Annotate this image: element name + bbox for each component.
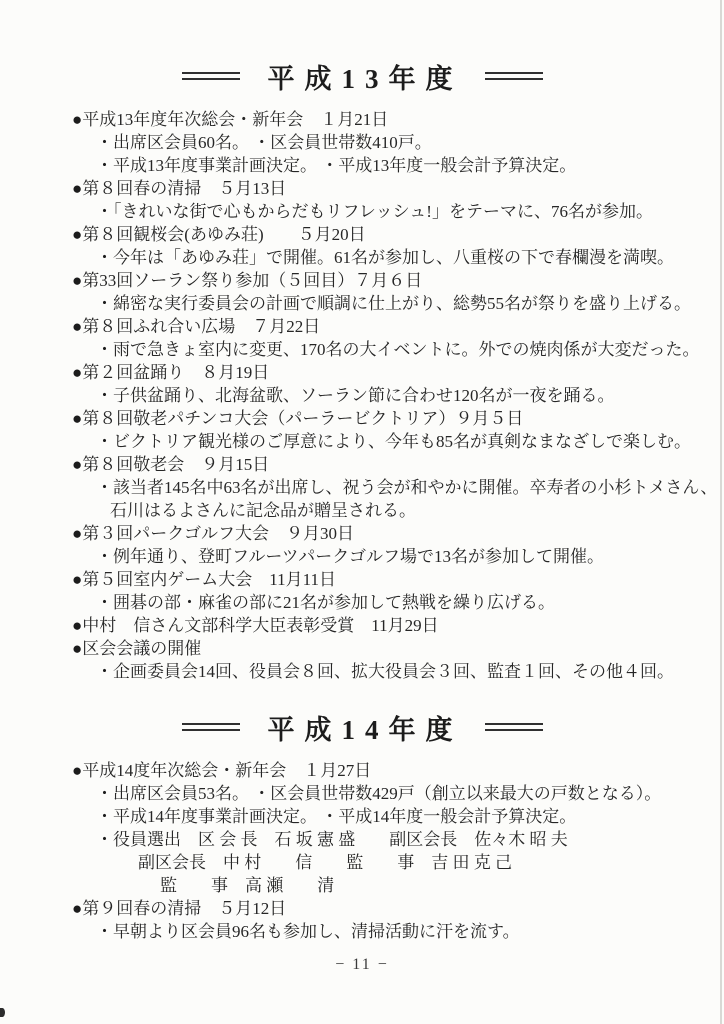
event-line: ●第２回盆踊り ８月19日 — [0, 361, 724, 384]
event-line: ●第８回春の清掃 ５月13日 — [0, 177, 724, 200]
document-content: 平成13年度●平成13年度年次総会・新年会 １月21日・出席区会員60名。 ・区… — [0, 0, 724, 943]
line-text: 「きれいな街で心もからだもリフレッシュ!」をテーマに、76名が参加。 — [113, 202, 653, 221]
line-text: 出席区会員60名。 ・区会員世帯数410戸。 — [113, 133, 432, 152]
line-text: 例年通り、登町フルーツパークゴルフ場で13名が参加して開催。 — [113, 547, 604, 566]
document-page: 平成13年度●平成13年度年次総会・新年会 １月21日・出席区会員60名。 ・区… — [0, 0, 724, 1024]
line-text: 今年は「あゆみ荘」で開催。61名が参加し、八重桜の下で春欄漫を満喫。 — [113, 248, 674, 267]
detail-line: ・ビクトリア観光様のご厚意により、今年も85名が真剣なまなざしで楽しむ。 — [0, 430, 724, 453]
detail-line: ・囲碁の部・麻雀の部に21名が参加して熱戦を繰り広げる。 — [0, 591, 724, 614]
line-text: 第５回室内ゲーム大会 11月11日 — [82, 570, 336, 589]
line-text: ビクトリア観光様のご厚意により、今年も85名が真剣なまなざしで楽しむ。 — [113, 432, 691, 451]
title-rule-left-icon — [182, 723, 240, 731]
line-text: 雨で急きょ室内に変更、170名の大イベントに。外での焼肉係が大変だった。 — [113, 340, 700, 359]
event-line: ●第５回室内ゲーム大会 11月11日 — [0, 568, 724, 591]
title-rule-left-icon — [182, 72, 240, 80]
line-text: 第８回観桜会(あゆみ荘) ５月20日 — [82, 225, 365, 244]
detail-line: ・綿密な実行委員会の計画で順調に仕上がり、総勢55名が祭りを盛り上げる。 — [0, 292, 724, 315]
detail-line: ・平成13年度事業計画決定。 ・平成13年度一般会計予算決定。 — [0, 154, 724, 177]
bullet-icon: ● — [72, 409, 82, 428]
dot-icon: ・ — [96, 478, 113, 497]
dot-icon: ・ — [96, 294, 113, 313]
detail-line: ・例年通り、登町フルーツパークゴルフ場で13名が参加して開催。 — [0, 545, 724, 568]
bullet-icon: ● — [72, 899, 82, 918]
section-title-row: 平成13年度 — [0, 58, 724, 94]
bullet-icon: ● — [72, 761, 82, 780]
line-text: 平成14年度事業計画決定。 ・平成14年度一般会計予算決定。 — [113, 807, 576, 826]
bullet-icon: ● — [72, 455, 82, 474]
detail-line: ・出席区会員53名。 ・区会員世帯数429戸（創立以来最大の戸数となる）。 — [0, 782, 724, 805]
line-text: 綿密な実行委員会の計画で順調に仕上がり、総勢55名が祭りを盛り上げる。 — [113, 294, 691, 313]
event-line: ●中村 信さん文部科学大臣表彰受賞 11月29日 — [0, 614, 724, 637]
dot-icon: ・ — [96, 432, 113, 451]
line-text: 囲碁の部・麻雀の部に21名が参加して熱戦を繰り広げる。 — [113, 593, 555, 612]
detail-line: ・出席区会員60名。 ・区会員世帯数410戸。 — [0, 131, 724, 154]
detail-line: ・早朝より区会員96名も参加し、清掃活動に汗を流す。 — [0, 920, 724, 943]
dot-icon: ・ — [96, 807, 113, 826]
section-title-row: 平成14年度 — [0, 709, 724, 745]
dot-icon: ・ — [96, 248, 113, 267]
continuation-line: 監 事 高 瀬 清 — [0, 874, 724, 897]
dot-icon: ・ — [96, 386, 113, 405]
line-text: 企画委員会14回、役員会８回、拡大役員会３回、監査１回、その他４回。 — [113, 662, 674, 681]
continuation-line: 石川はるよさんに記念品が贈呈される。 — [0, 499, 724, 522]
event-line: ●平成13年度年次総会・新年会 １月21日 — [0, 108, 724, 131]
bullet-icon: ● — [72, 570, 82, 589]
dot-icon: ・ — [96, 830, 113, 849]
detail-line: ・役員選出 区 会 長 石 坂 憲 盛 副区会長 佐々木 昭 夫 — [0, 828, 724, 851]
event-line: ●第３回パークゴルフ大会 ９月30日 — [0, 522, 724, 545]
line-text: 第８回春の清掃 ５月13日 — [82, 179, 286, 198]
title-rule-right-icon — [485, 723, 543, 731]
detail-line: ・雨で急きょ室内に変更、170名の大イベントに。外での焼肉係が大変だった。 — [0, 338, 724, 361]
event-line: ●平成14度年次総会・新年会 １月27日 — [0, 759, 724, 782]
bullet-icon: ● — [72, 524, 82, 543]
dot-icon: ・ — [96, 133, 113, 152]
event-line: ●第８回ふれ合い広場 ７月22日 — [0, 315, 724, 338]
line-text: 第33回ソーラン祭り参加（５回目）７月６日 — [82, 271, 422, 290]
line-text: 中村 信さん文部科学大臣表彰受賞 11月29日 — [82, 616, 438, 635]
event-line: ●第８回観桜会(あゆみ荘) ５月20日 — [0, 223, 724, 246]
line-text: 第８回ふれ合い広場 ７月22日 — [82, 317, 320, 336]
line-text: 該当者145名中63名が出席し、祝う会が和やかに開催。卒寿者の小杉トメさん、 — [113, 478, 717, 497]
dot-icon: ・ — [96, 593, 113, 612]
bullet-icon: ● — [72, 639, 82, 658]
line-text: 子供盆踊り、北海盆歌、ソーラン節に合わせ120名が一夜を踊る。 — [113, 386, 615, 405]
event-line: ●第８回敬老パチンコ大会（パーラービクトリア）９月５日 — [0, 407, 724, 430]
line-text: 監 事 高 瀬 清 — [160, 876, 334, 895]
bullet-icon: ● — [72, 363, 82, 382]
line-text: 第３回パークゴルフ大会 ９月30日 — [82, 524, 354, 543]
bullet-icon: ● — [72, 616, 82, 635]
line-text: 第９回春の清掃 ５月12日 — [82, 899, 286, 918]
bullet-icon: ● — [72, 179, 82, 198]
scan-speck-artifact — [0, 1008, 5, 1017]
line-text: 第８回敬老パチンコ大会（パーラービクトリア）９月５日 — [82, 409, 523, 428]
line-text: 役員選出 区 会 長 石 坂 憲 盛 副区会長 佐々木 昭 夫 — [113, 830, 568, 849]
dot-icon: ・ — [96, 784, 113, 803]
title-rule-right-icon — [485, 72, 543, 80]
dot-icon: ・ — [96, 662, 113, 681]
line-text: 第８回敬老会 ９月15日 — [82, 455, 269, 474]
dot-icon: ・ — [96, 922, 113, 941]
line-text: 石川はるよさんに記念品が贈呈される。 — [110, 501, 416, 520]
line-text: 第２回盆踊り ８月19日 — [82, 363, 269, 382]
section-title: 平成14年度 — [262, 708, 463, 747]
section: 平成13年度●平成13年度年次総会・新年会 １月21日・出席区会員60名。 ・区… — [0, 58, 724, 683]
detail-line: ・平成14年度事業計画決定。 ・平成14年度一般会計予算決定。 — [0, 805, 724, 828]
event-line: ●区会会議の開催 — [0, 637, 724, 660]
detail-line: ・今年は「あゆみ荘」で開催。61名が参加し、八重桜の下で春欄漫を満喫。 — [0, 246, 724, 269]
bullet-icon: ● — [72, 110, 82, 129]
dot-icon: ・ — [96, 340, 113, 359]
line-text: 早朝より区会員96名も参加し、清掃活動に汗を流す。 — [113, 922, 520, 941]
bullet-icon: ● — [72, 225, 82, 244]
bullet-icon: ● — [72, 271, 82, 290]
line-text: 出席区会員53名。 ・区会員世帯数429戸（創立以来最大の戸数となる）。 — [113, 784, 661, 803]
event-line: ●第８回敬老会 ９月15日 — [0, 453, 724, 476]
event-line: ●第33回ソーラン祭り参加（５回目）７月６日 — [0, 269, 724, 292]
bullet-icon: ● — [72, 317, 82, 336]
detail-line: ・子供盆踊り、北海盆歌、ソーラン節に合わせ120名が一夜を踊る。 — [0, 384, 724, 407]
page-number: − 11 − — [0, 956, 724, 974]
line-text: 副区会長 中 村 信 監 事 吉 田 克 己 — [138, 853, 512, 872]
line-text: 区会会議の開催 — [82, 639, 201, 658]
detail-line: ・「きれいな街で心もからだもリフレッシュ!」をテーマに、76名が参加。 — [0, 200, 724, 223]
dot-icon: ・ — [96, 547, 113, 566]
dot-icon: ・ — [96, 156, 113, 175]
section: 平成14年度●平成14度年次総会・新年会 １月27日・出席区会員53名。 ・区会… — [0, 709, 724, 943]
scan-edge-artifact — [720, 0, 722, 1024]
continuation-line: 副区会長 中 村 信 監 事 吉 田 克 己 — [0, 851, 724, 874]
detail-line: ・該当者145名中63名が出席し、祝う会が和やかに開催。卒寿者の小杉トメさん、 — [0, 476, 724, 499]
detail-line: ・企画委員会14回、役員会８回、拡大役員会３回、監査１回、その他４回。 — [0, 660, 724, 683]
event-line: ●第９回春の清掃 ５月12日 — [0, 897, 724, 920]
line-text: 平成13年度事業計画決定。 ・平成13年度一般会計予算決定。 — [113, 156, 576, 175]
line-text: 平成13年度年次総会・新年会 １月21日 — [82, 110, 388, 129]
dot-icon: ・ — [96, 202, 113, 221]
line-text: 平成14度年次総会・新年会 １月27日 — [82, 761, 371, 780]
section-title: 平成13年度 — [262, 57, 463, 96]
